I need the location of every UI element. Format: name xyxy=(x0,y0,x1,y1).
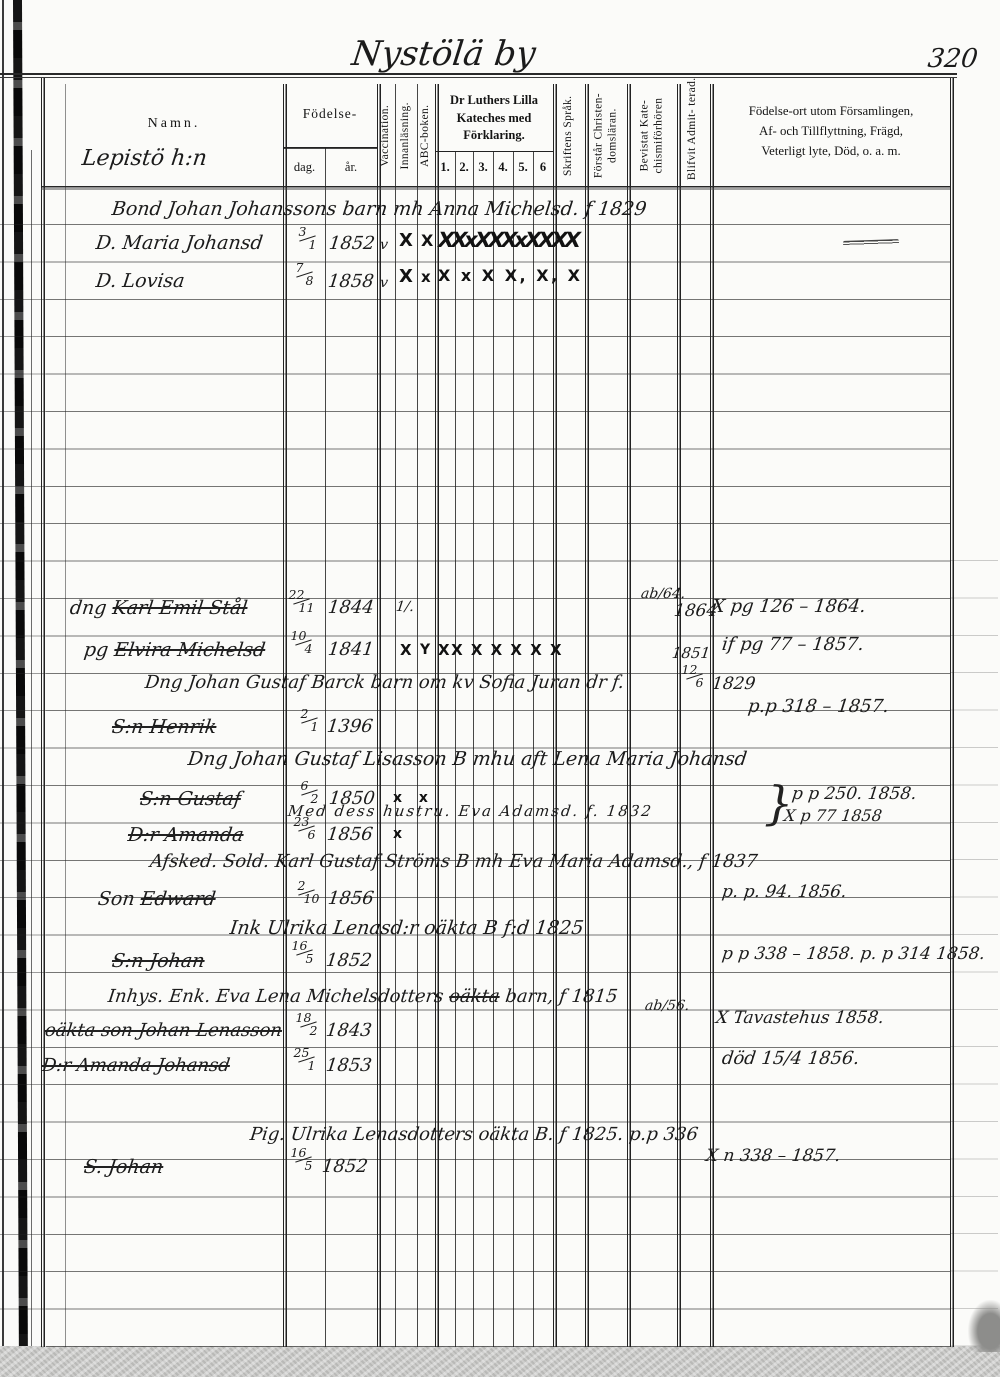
entry-elvira-year: 1841 xyxy=(327,639,375,660)
katekes-subcol-5: 5. xyxy=(513,160,533,175)
entry-amanda1-year: 1856 xyxy=(326,824,374,845)
group3-heading: Dng Johan Gustaf Lisasson B mhu aft Lena… xyxy=(187,748,749,770)
entry-amanda2-birthdate: 251 xyxy=(298,1047,315,1071)
entry-maria-abc-mark: X xyxy=(421,231,433,250)
bottom-right-ink-blob xyxy=(968,1300,1000,1352)
entry-johan1-year: 1852 xyxy=(325,950,373,971)
col-header-innanlasning: Innanläsning. xyxy=(399,76,413,196)
entry-maria-birthdate: 31 xyxy=(299,226,316,250)
entry-lovisa-name: D. Lovisa xyxy=(95,270,186,292)
katekes-divider xyxy=(435,151,553,152)
group6-bevistat: ab/56. xyxy=(644,998,690,1014)
entry-johan2-name: S. Johan xyxy=(83,1156,165,1178)
entry-johan1-birthdate: 165 xyxy=(296,940,313,964)
col-header-namn: Namn. xyxy=(65,116,283,132)
entry-karl-note: X pg 126 – 1864. xyxy=(711,596,867,617)
col-header-ar: år. xyxy=(325,160,377,175)
group2-date-year: 1829 xyxy=(711,674,757,694)
entry-henrik-birthdate: 21 xyxy=(301,708,318,732)
group6-note: X Tavastehus 1858. xyxy=(715,1008,885,1028)
entry-karl-bevistat: ab/64. xyxy=(640,586,686,602)
entry-amanda2-name: D:r Amanda Johansd xyxy=(41,1055,232,1076)
col-header-dag: dag. xyxy=(284,160,325,175)
entry-elvira-abc-mark: Y xyxy=(420,642,430,658)
bottom-scan-noise xyxy=(0,1346,1000,1377)
entry-henrik-year: 1396 xyxy=(326,716,374,737)
col-header-fodelse: Födelse- xyxy=(283,106,377,122)
col-header-forstar: Förstår Christen- domsläran. xyxy=(592,76,619,196)
entry-karl-name: dng Karl Emil Stål xyxy=(69,597,249,619)
entry-elvira-note: if pg 77 – 1857. xyxy=(721,634,865,655)
entry-amanda2-year: 1853 xyxy=(325,1055,373,1076)
entry-lovisa-abc-mark: x xyxy=(421,268,431,286)
entry-edward-year: 1856 xyxy=(327,888,375,909)
group5-heading: Ink Ulrika Lenasd:r oäkta B f:d 1825 xyxy=(229,917,585,939)
section-label: Lepistö h:n xyxy=(80,146,208,171)
entry-lovisa-innan-mark: X xyxy=(399,266,413,287)
entry-karl-prefix: dng xyxy=(69,597,108,619)
entry-elvira-blifvit: 1851 xyxy=(671,644,711,662)
entry-karl-reading-mark: 1/. xyxy=(395,599,415,615)
entry-edward-birthdate: 210 xyxy=(298,880,315,904)
group4-heading: Afsked. Sold. Karl Gustaf Ströms B mh Ev… xyxy=(149,851,759,872)
entry-karl-name-struck: Karl Emil Stål xyxy=(111,597,249,619)
col-header-vaccination: Vaccination. xyxy=(379,76,393,196)
entry-johan2-birthdate: 165 xyxy=(295,1147,312,1171)
entry-lovisa-birthdate: 78 xyxy=(296,262,313,286)
entry-lovisa-katekes-marks: X x X X, X, X xyxy=(438,266,583,285)
col-header-remarks-line2: Af- och Tillflyttning, Frägd, xyxy=(714,124,948,139)
entry-maria-katekes-marks: XXxXXXxXXXX xyxy=(435,228,580,252)
fodelse-divider xyxy=(283,147,377,148)
entry-maria-innan-mark: X xyxy=(399,230,413,251)
entry-edward-note: p. p. 94. 1856. xyxy=(721,882,848,902)
katekes-subcol-6: 6 xyxy=(533,160,553,175)
katekes-subcol-1: 1. xyxy=(435,160,455,175)
entry-johanl-birthdate: 182 xyxy=(300,1012,317,1036)
entry-gustaf-birthdate: 62 xyxy=(301,780,318,804)
page-number: 320 xyxy=(926,44,979,74)
entry-lovisa-year: 1858 xyxy=(327,271,375,292)
page-title: Nystölä by xyxy=(350,34,538,74)
entry-johanl-year: 1843 xyxy=(325,1020,373,1041)
fodelse-subline xyxy=(283,148,377,149)
entry-karl-birthdate: 2211 xyxy=(293,589,310,613)
entry-johan1-name: S:n Johan xyxy=(111,950,206,972)
entry-gustaf-note2: X p 77 1858 xyxy=(783,806,883,825)
entry-elvira-name-struck: Elvira Michelsd xyxy=(113,639,267,661)
entry-gustaf-name: S:n Gustaf xyxy=(139,788,243,810)
group1-heading: Bond Johan Johanssons barn mh Anna Miche… xyxy=(111,198,648,220)
left-margin-row-ticks xyxy=(0,224,46,1348)
col-header-bevistat: Bevistat Kate- chismiförhören xyxy=(638,76,665,196)
entry-maria-year: 1852 xyxy=(328,233,376,254)
katekes-subcol-3: 3. xyxy=(473,160,493,175)
group7-note: X n 338 – 1857. xyxy=(705,1146,842,1166)
entry-henrik-name: S:n Henrik xyxy=(111,716,218,738)
group2-note: p.p 318 – 1857. xyxy=(747,696,890,717)
entry-amanda1-mark: x xyxy=(393,826,402,842)
entry-elvira-birthdate: 104 xyxy=(295,630,312,654)
entry-amanda1-name: D:r Amanda xyxy=(127,824,245,846)
entry-maria-name: D. Maria Johansd xyxy=(95,232,264,254)
table-right-border xyxy=(950,78,954,1347)
entry-edward-name: Son Edward xyxy=(97,888,217,910)
top-double-rule xyxy=(0,73,957,79)
entry-karl-year: 1844 xyxy=(327,597,375,618)
entry-elvira-prefix: pg xyxy=(83,639,110,661)
table-left-border xyxy=(41,78,45,1347)
entry-amanda2-note: död 15/4 1856. xyxy=(721,1048,861,1069)
katekes-subcol-4: 4. xyxy=(493,160,513,175)
group2-date-frac: 126 xyxy=(686,664,703,688)
col-header-blifvit: Blifvit Admit- terad. xyxy=(686,69,700,189)
entry-amanda1-birthdate: 236 xyxy=(298,816,315,840)
col-header-remarks-line1: Födelse-ort utom Församlingen, xyxy=(714,104,948,119)
group2-heading: Dng Johan Gustaf Barck barn om kv Sofia … xyxy=(144,672,626,693)
col-header-katekes: Dr Luthers Lilla Kateches med Förklaring… xyxy=(437,92,551,145)
col-header-remarks-line3: Veterligt lyte, Död, o. a. m. xyxy=(714,144,948,159)
entry-elvira-katekes-marks: XX X X X X X xyxy=(438,641,563,659)
entry-johan1-note: p p 338 – 1858. p. p 314 1858. xyxy=(721,944,986,964)
col-header-skriftens: Skriftens Språk. xyxy=(562,76,576,196)
header-bottom-rule xyxy=(41,186,950,190)
group7-heading: Pig. Ulrika Lenasdotters oäkta B. f 1825… xyxy=(249,1124,700,1145)
entry-johanl-name: oäkta son Johan Lenasson xyxy=(44,1020,284,1041)
group6-heading: Inhys. Enk. Eva Lena Michelsdotters oäkt… xyxy=(107,986,619,1007)
entry-gustaf-note1: p p 250. 1858. xyxy=(791,784,918,804)
entry-johan2-year: 1852 xyxy=(321,1156,369,1177)
entry-gustaf-interline: Med dess hustru. Eva Adamsd. f. 1832 xyxy=(287,802,654,820)
church-record-page: Nystölä by 320 Namn. Födelse- dag. år. V… xyxy=(0,0,1000,1377)
entry-elvira-name: pg Elvira Michelsd xyxy=(83,639,267,661)
entry-elvira-innan-mark: X xyxy=(400,641,412,659)
col-header-abc-boken: ABC-boken. xyxy=(419,76,433,196)
katekes-subcol-2: 2. xyxy=(455,160,473,175)
